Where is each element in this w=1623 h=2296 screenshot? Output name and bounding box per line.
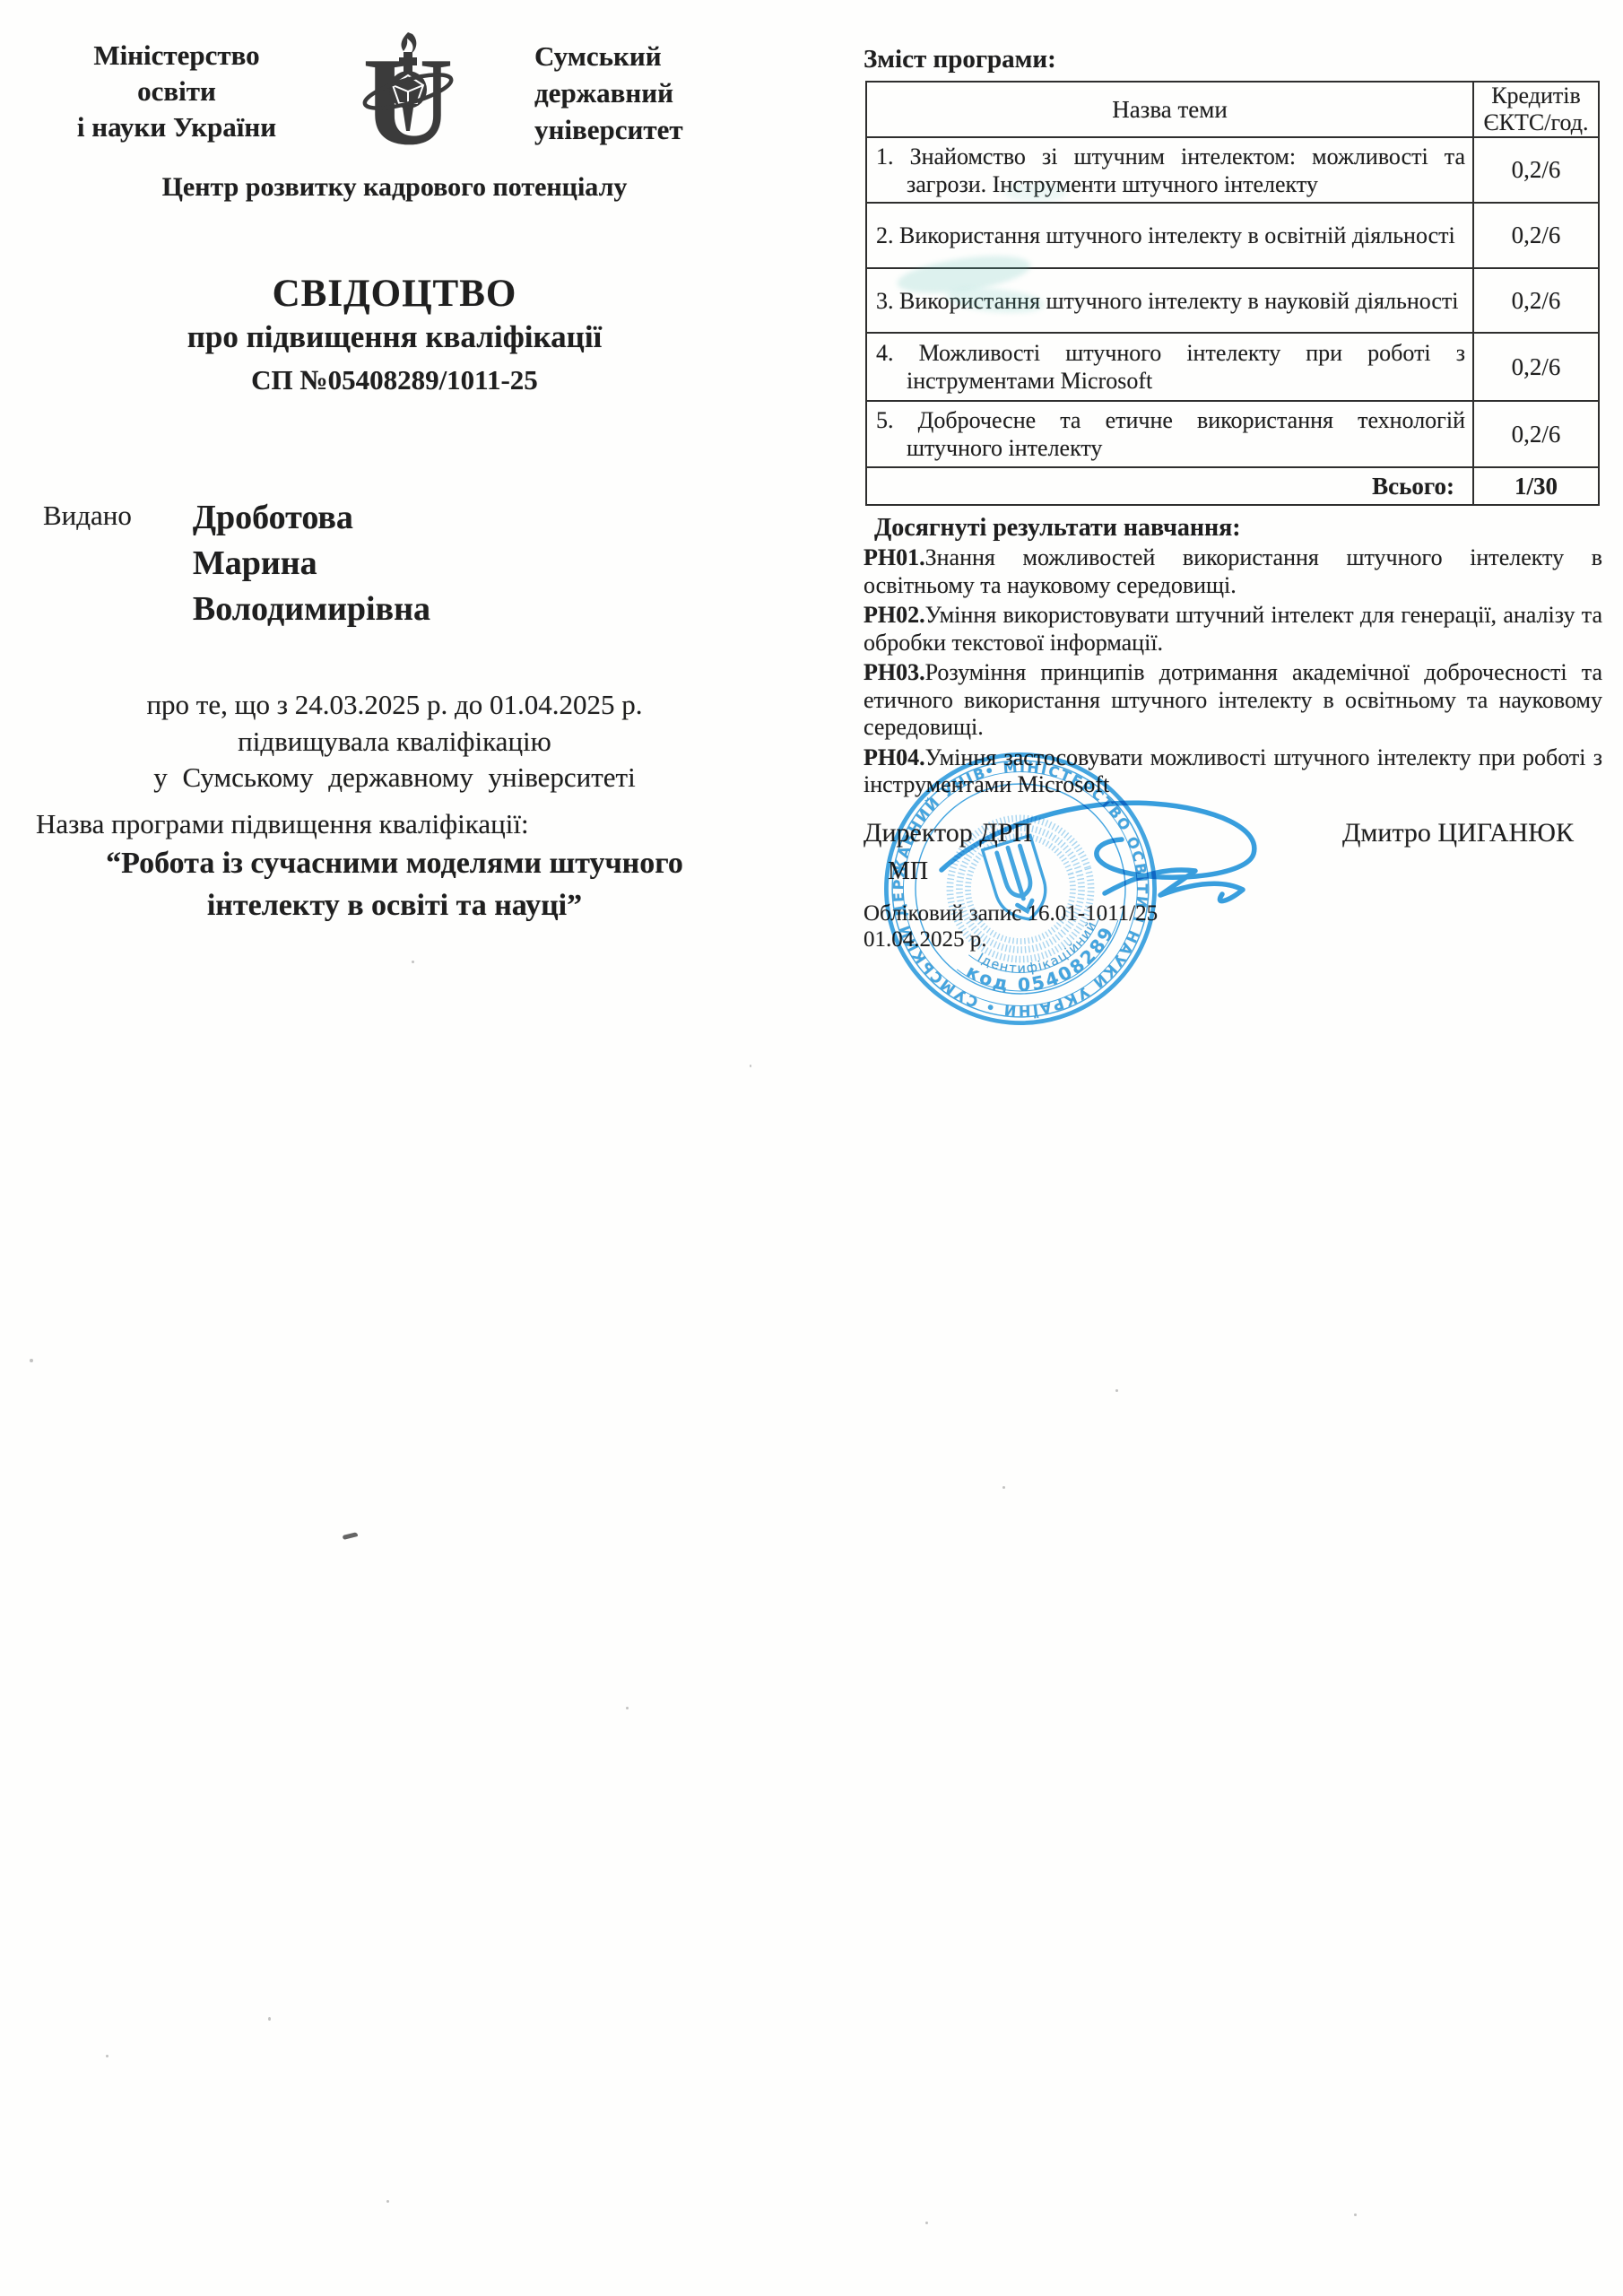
outcome-item: РН03.Розуміння принципів дотримання акад… bbox=[864, 659, 1602, 742]
period-place: у Сумському державному університеті bbox=[81, 760, 708, 796]
university-line: університет bbox=[534, 111, 759, 148]
scan-speck bbox=[1115, 1389, 1118, 1392]
table-row: 1. Знайомство зі штучним інтелектом: мож… bbox=[866, 137, 1599, 203]
scan-speck bbox=[925, 2222, 928, 2224]
training-period: про те, що з 24.03.2025 р. до 01.04.2025… bbox=[81, 687, 708, 796]
credits-column-header: Кредитів ЄКТС/год. bbox=[1473, 82, 1599, 137]
credits-cell: 0,2/6 bbox=[1473, 137, 1599, 203]
topic-column-header: Назва теми bbox=[866, 82, 1473, 137]
table-header-row: Назва теми Кредитів ЄКТС/год. bbox=[866, 82, 1599, 137]
issued-label: Видано bbox=[43, 495, 132, 632]
outcome-item: РН02.Уміння використовувати штучний інте… bbox=[864, 602, 1602, 657]
scan-speck bbox=[412, 961, 414, 963]
topic-cell: 4. Можливості штучного інтелекту при роб… bbox=[866, 333, 1473, 401]
scan-mark bbox=[343, 1532, 359, 1540]
scan-speck bbox=[386, 2200, 389, 2203]
outcomes-title: Досягнуті результати навчання: bbox=[874, 514, 1241, 543]
ministry-line: і науки України bbox=[47, 109, 307, 145]
department-name: Центр розвитку кадрового потенціалу bbox=[36, 172, 753, 203]
certificate-subtitle: про підвищення кваліфікації bbox=[36, 319, 753, 355]
scan-speck bbox=[626, 1707, 629, 1709]
ministry-line: Міністерство bbox=[47, 38, 307, 74]
university-line: державний bbox=[534, 74, 759, 111]
outcome-text: Уміння використовувати штучний інтелект … bbox=[864, 602, 1602, 656]
director-name: Дмитро ЦИГАНЮК bbox=[1342, 818, 1574, 848]
program-name-label: Назва програми підвищення кваліфікації: bbox=[36, 808, 529, 840]
scan-speck bbox=[1002, 1486, 1005, 1489]
issued-block: Видано Дроботова Марина Володимирівна bbox=[43, 495, 760, 632]
university-name: Сумський державний університет bbox=[534, 38, 759, 148]
director-signature bbox=[929, 786, 1309, 935]
outcome-code: РН03. bbox=[864, 659, 925, 685]
outcome-text: Знання можливостей використання штучного… bbox=[864, 544, 1602, 598]
scan-speck bbox=[268, 2017, 271, 2021]
recipient-firstname: Марина bbox=[193, 541, 430, 587]
total-value: 1/30 bbox=[1473, 467, 1599, 505]
topic-cell: 5. Доброчесне та етичне використання тех… bbox=[866, 401, 1473, 467]
period-dates: про те, що з 24.03.2025 р. до 01.04.2025… bbox=[81, 687, 708, 724]
credits-cell: 0,2/6 bbox=[1473, 268, 1599, 333]
period-action: підвищувала кваліфікацію bbox=[81, 724, 708, 761]
credits-cell: 0,2/6 bbox=[1473, 401, 1599, 467]
ink-smudge bbox=[1004, 184, 1067, 202]
certificate-number: СП №05408289/1011-25 bbox=[36, 364, 753, 396]
outcome-item: РН01.Знання можливостей використання шту… bbox=[864, 544, 1602, 599]
scan-speck bbox=[1354, 2213, 1357, 2216]
ministry-name: Міністерство освіти і науки України bbox=[47, 38, 307, 145]
recipient-surname: Дроботова bbox=[193, 495, 430, 541]
program-content-title: Зміст програми: bbox=[864, 45, 1056, 74]
outcome-code: РН02. bbox=[864, 602, 925, 628]
scan-speck bbox=[30, 1359, 33, 1362]
topic-cell: 1. Знайомство зі штучним інтелектом: мож… bbox=[866, 137, 1473, 203]
certificate-title: СВІДОЦТВО bbox=[36, 272, 753, 316]
ministry-line: освіти bbox=[47, 74, 307, 109]
scan-speck bbox=[750, 1065, 751, 1067]
outcome-text: Розуміння принципів дотримання академічн… bbox=[864, 659, 1602, 740]
total-label: Всього: bbox=[866, 467, 1473, 505]
university-torch-globe-logo-icon: U bbox=[352, 30, 464, 152]
outcome-code: РН01. bbox=[864, 544, 925, 570]
recipient-name: Дроботова Марина Володимирівна bbox=[193, 495, 430, 632]
recipient-patronymic: Володимирівна bbox=[193, 587, 430, 632]
table-row: 4. Можливості штучного інтелекту при роб… bbox=[866, 333, 1599, 401]
university-line: Сумський bbox=[534, 38, 759, 74]
credits-cell: 0,2/6 bbox=[1473, 203, 1599, 268]
credits-cell: 0,2/6 bbox=[1473, 333, 1599, 401]
program-name: “Робота із сучасними моделями штучного і… bbox=[36, 842, 753, 926]
table-total-row: Всього: 1/30 bbox=[866, 467, 1599, 505]
table-row: 5. Доброчесне та етичне використання тех… bbox=[866, 401, 1599, 467]
certificate-page: Міністерство освіти і науки України U Су… bbox=[0, 0, 1623, 2296]
scan-speck bbox=[106, 2055, 108, 2057]
